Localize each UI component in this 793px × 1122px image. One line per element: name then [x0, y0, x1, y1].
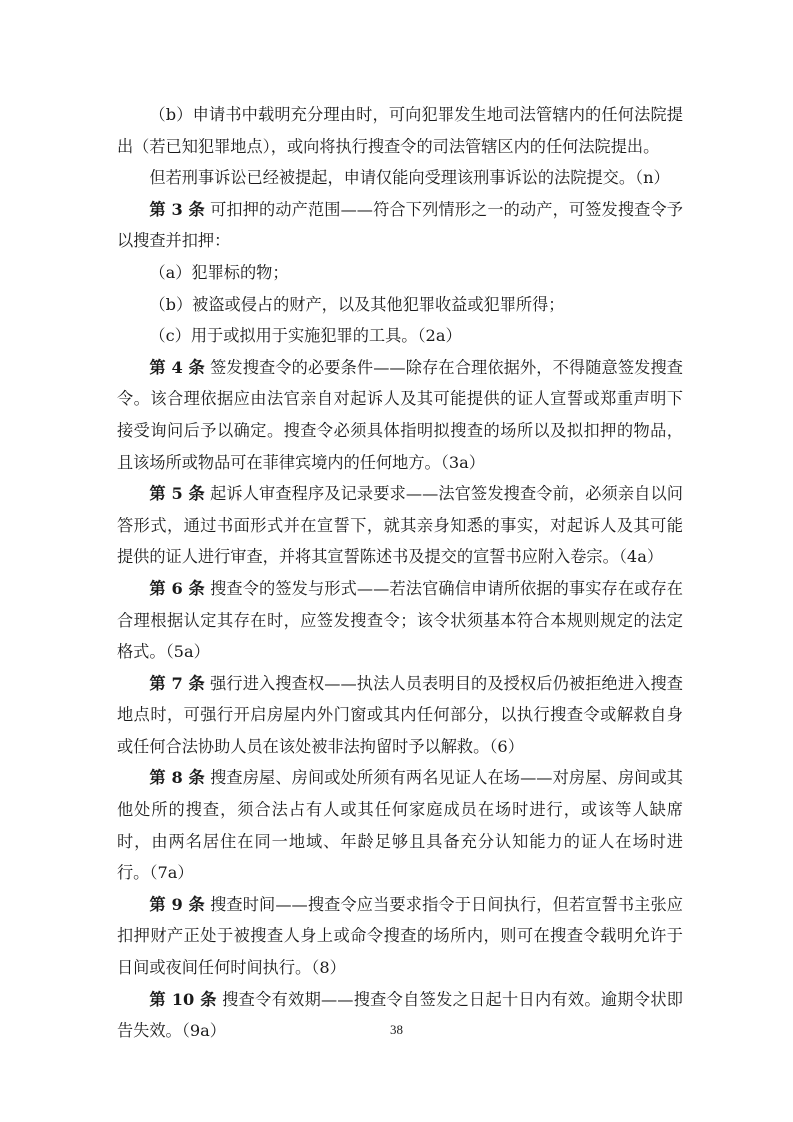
paragraph-text: 但若刑事诉讼已经被提起，申请仅能向受理该刑事诉讼的法院提交。（n）	[149, 168, 669, 187]
article-number: 第 3 条	[149, 200, 204, 219]
article-6: 第 6 条 搜查令的签发与形式——若法官确信申请所依据的事实存在或存在合理根据认…	[117, 573, 683, 668]
document-body: （b）申请书中载明充分理由时，可向犯罪发生地司法管辖内的任何法院提出（若已知犯罪…	[117, 99, 683, 1047]
article-4: 第 4 条 签发搜查令的必要条件——除存在合理依据外，不得随意签发搜查令。该合理…	[117, 352, 683, 478]
paragraph: （b）申请书中载明充分理由时，可向犯罪发生地司法管辖内的任何法院提出（若已知犯罪…	[117, 99, 683, 162]
article-9: 第 9 条 搜查时间——搜查令应当要求指令于日间执行，但若宣誓书主张应扣押财产正…	[117, 889, 683, 984]
list-item-text: （c）用于或拟用于实施犯罪的工具。（2a）	[149, 326, 461, 345]
article-5: 第 5 条 起诉人审查程序及记录要求——法官签发搜查令前，必须亲自以问答形式，通…	[117, 478, 683, 573]
article-number: 第 10 条	[149, 990, 216, 1009]
article-number: 第 9 条	[149, 895, 204, 914]
article-3: 第 3 条 可扣押的动产范围——符合下列情形之一的动产，可签发搜查令予以搜查并扣…	[117, 194, 683, 257]
article-number: 第 5 条	[149, 484, 204, 503]
list-item-c: （c）用于或拟用于实施犯罪的工具。（2a）	[117, 320, 683, 352]
list-item-b: （b）被盗或侵占的财产，以及其他犯罪收益或犯罪所得；	[117, 289, 683, 321]
article-number: 第 7 条	[149, 674, 204, 693]
list-item-text: （b）被盗或侵占的财产，以及其他犯罪收益或犯罪所得；	[149, 295, 564, 314]
paragraph: 但若刑事诉讼已经被提起，申请仅能向受理该刑事诉讼的法院提交。（n）	[117, 162, 683, 194]
list-item-text: （a）犯罪标的物；	[149, 263, 288, 282]
list-item-a: （a）犯罪标的物；	[117, 257, 683, 289]
article-8: 第 8 条 搜查房屋、房间或处所须有两名见证人在场——对房屋、房间或其他处所的搜…	[117, 762, 683, 888]
paragraph-text: （b）申请书中载明充分理由时，可向犯罪发生地司法管辖内的任何法院提出（若已知犯罪…	[117, 105, 683, 156]
article-7: 第 7 条 强行进入搜查权——执法人员表明目的及授权后仍被拒绝进入搜查地点时，可…	[117, 668, 683, 763]
article-number: 第 8 条	[149, 768, 204, 787]
article-number: 第 6 条	[149, 579, 204, 598]
page-number: 38	[0, 1022, 793, 1038]
article-number: 第 4 条	[149, 358, 204, 377]
document-page: （b）申请书中载明充分理由时，可向犯罪发生地司法管辖内的任何法院提出（若已知犯罪…	[0, 0, 793, 1122]
